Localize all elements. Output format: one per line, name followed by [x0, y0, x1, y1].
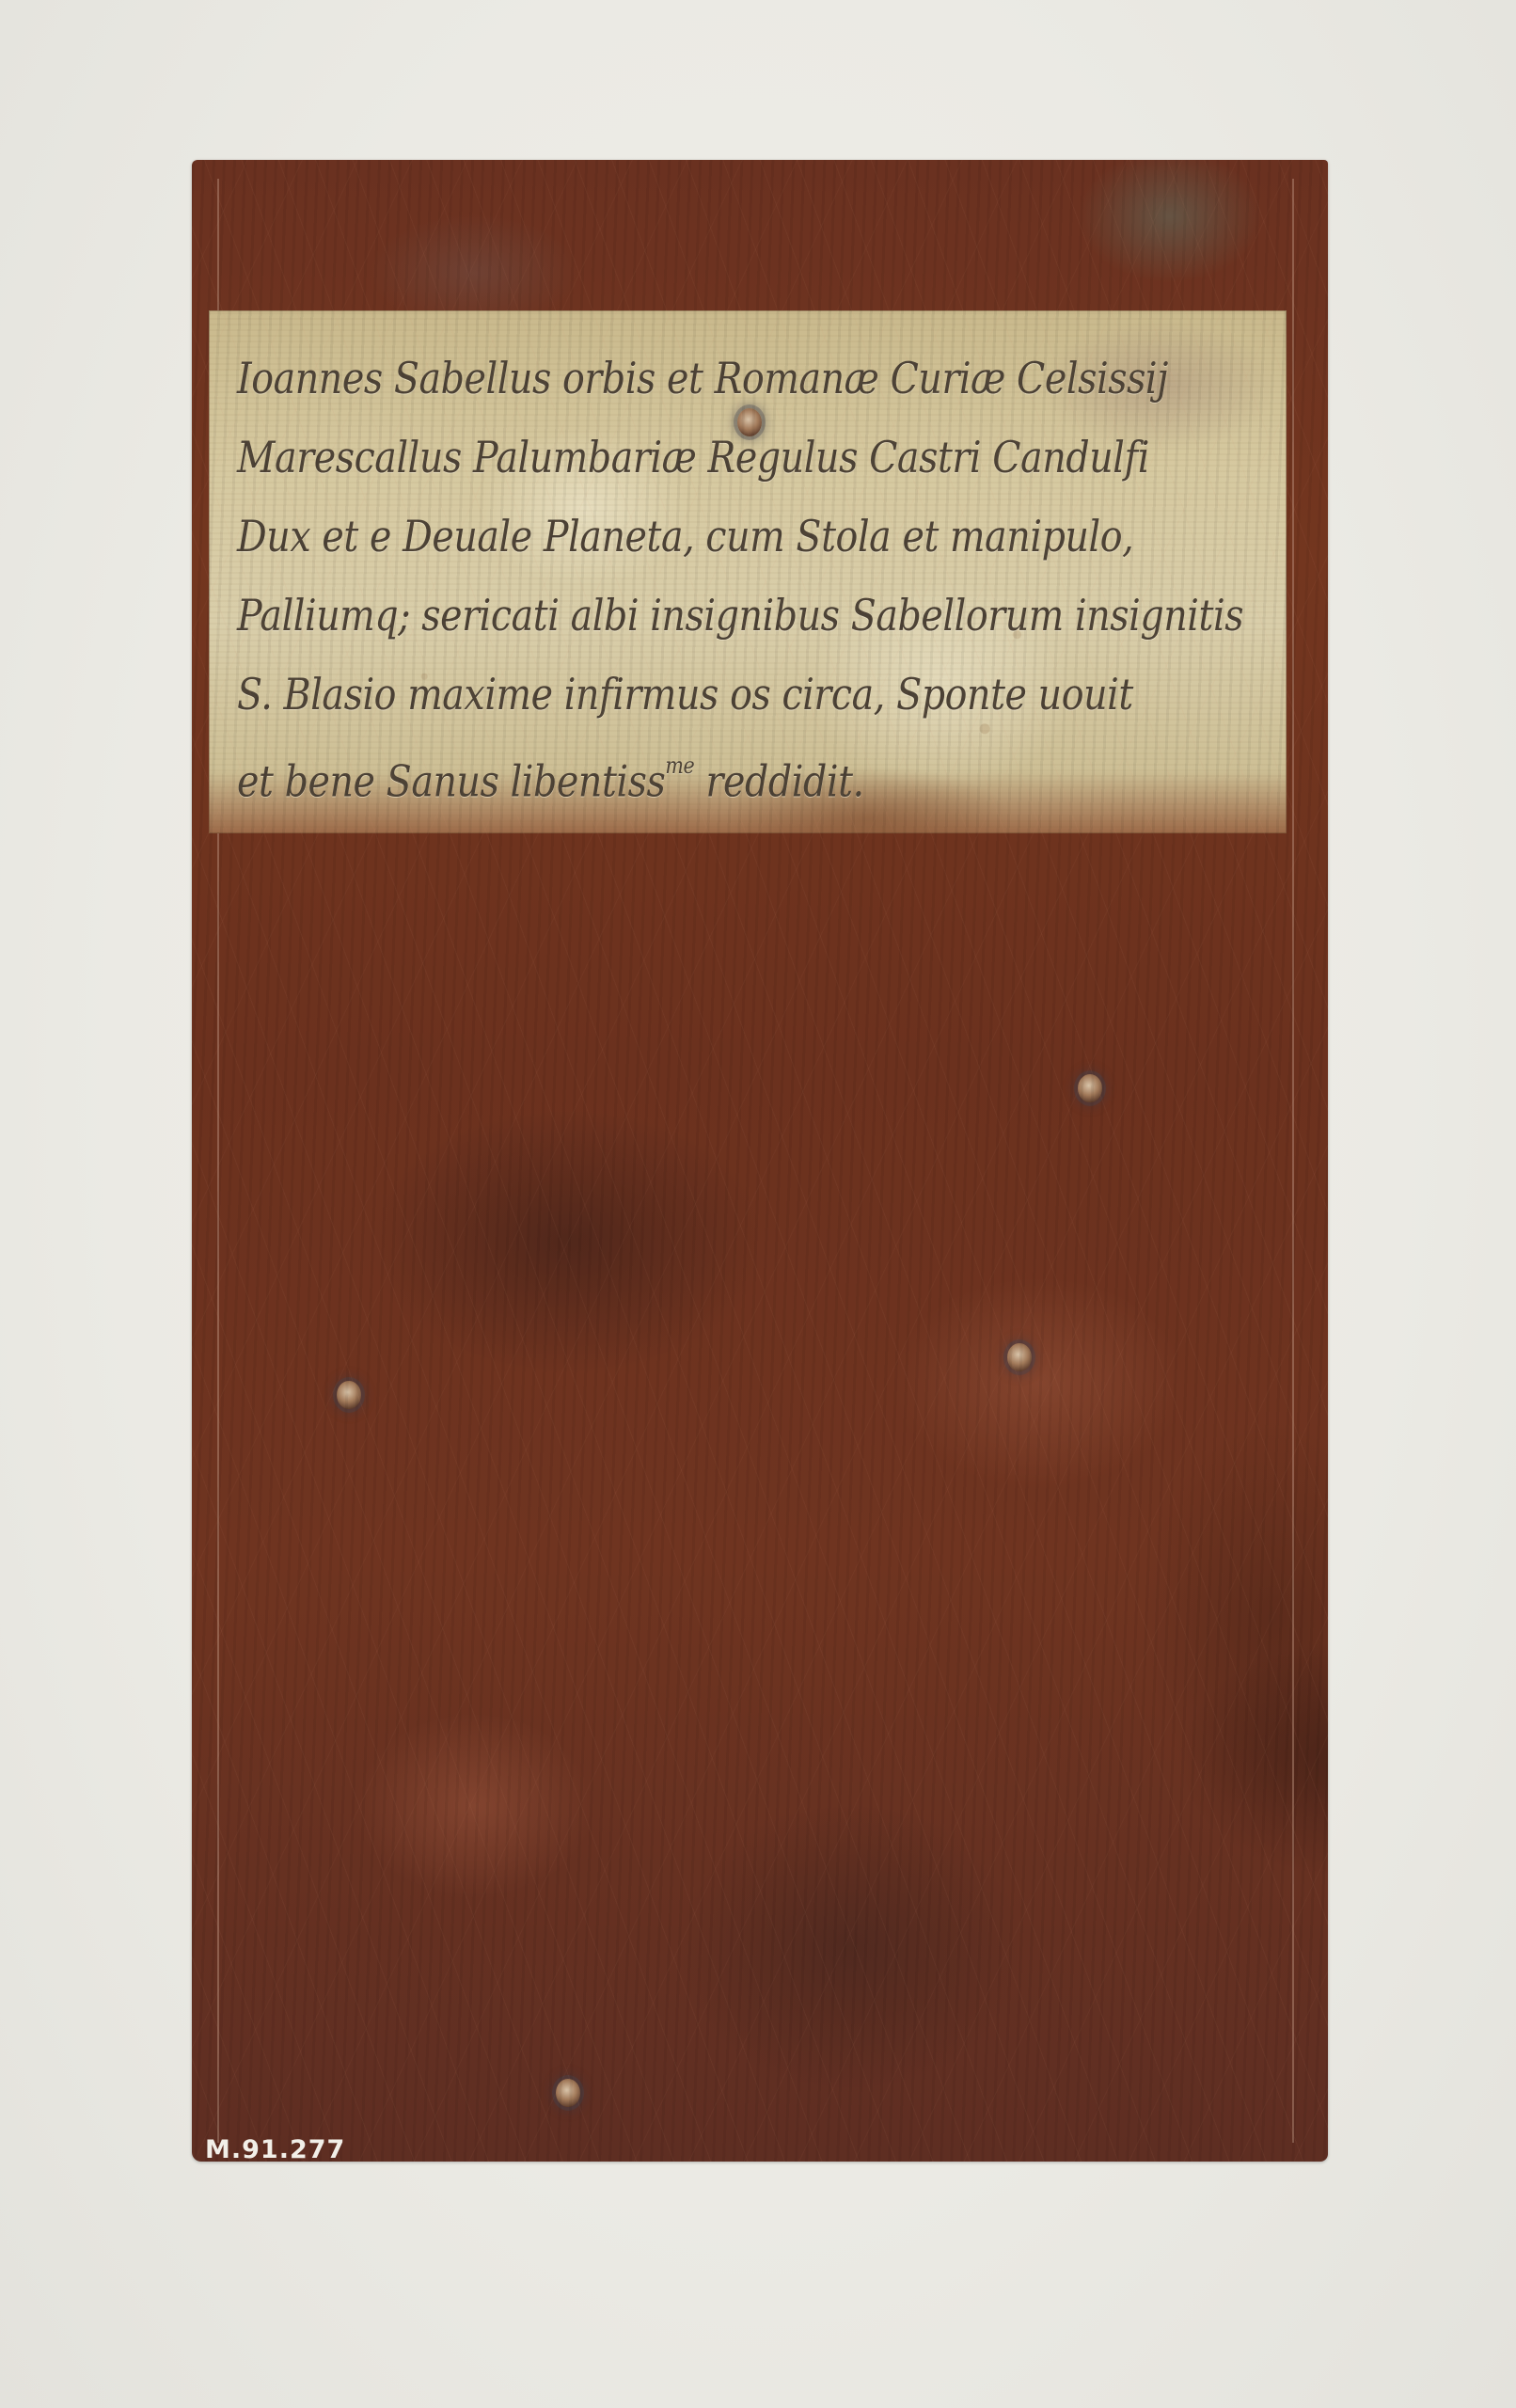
rivet-icon — [556, 2079, 580, 2107]
inscription-line-5: S. Blasio maxime infirmus os circa, Spon… — [237, 655, 1124, 734]
engraved-inscription: Ioannes Sabellus orbis et Romanæ Curiæ C… — [237, 339, 1124, 820]
inscription-line-6a: et bene Sanus libentiss — [237, 755, 665, 806]
inscription-line-4: Palliumq; sericati albi insignibus Sabel… — [237, 576, 1124, 655]
rivet-icon — [737, 408, 762, 436]
rivet-icon — [337, 1381, 361, 1409]
rivet-icon — [1078, 1074, 1102, 1102]
copper-plate: Ioannes Sabellus orbis et Romanæ Curiæ C… — [192, 160, 1328, 2162]
rivet-icon — [1007, 1343, 1032, 1371]
inscription-line-6b: reddidit. — [705, 755, 863, 806]
inscription-superscript: me — [665, 752, 694, 779]
accession-number-label: M.91.277 — [205, 2135, 345, 2164]
inscription-line-2: Marescallus Palumbariæ Regulus Castri Ca… — [237, 418, 1124, 497]
inscription-line-6: et bene Sanus libentissme reddidit. — [237, 734, 1124, 820]
brass-inscription-panel: Ioannes Sabellus orbis et Romanæ Curiæ C… — [209, 310, 1287, 833]
inscription-line-1: Ioannes Sabellus orbis et Romanæ Curiæ C… — [237, 339, 1124, 418]
inscription-line-3: Dux et e Deuale Planeta, cum Stola et ma… — [237, 497, 1124, 576]
